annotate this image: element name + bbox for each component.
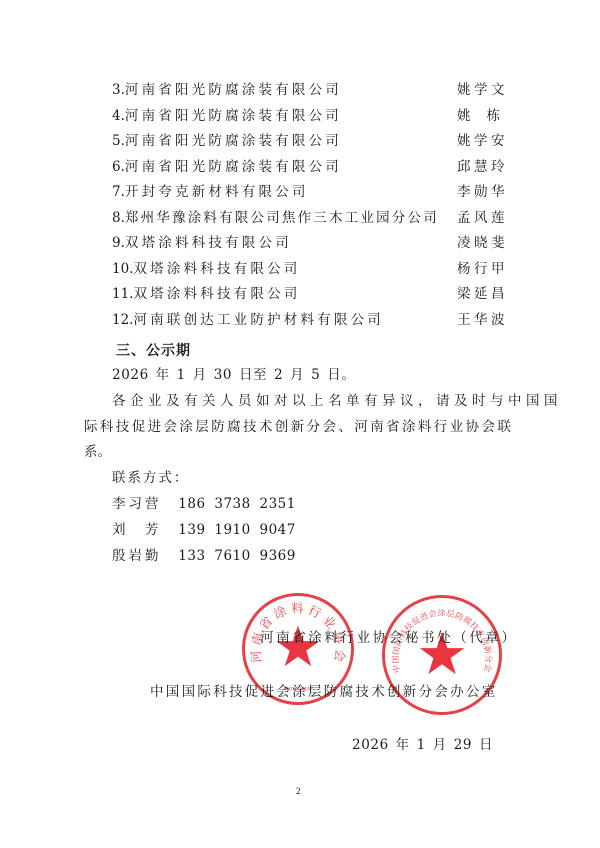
signature-org-henan: 河南省涂料行业协会秘书处（代章）: [260, 628, 518, 648]
document-page: 3.河南省阳光防腐涂装有限公司 姚学文 4.河南省阳光防腐涂装有限公司 姚栋 5…: [0, 0, 600, 848]
company-name: 河南联创达工业防护材料有限公司: [133, 312, 384, 328]
company-name: 双塔涂料科技有限公司: [133, 286, 300, 302]
list-item: 5.河南省阳光防腐涂装有限公司: [112, 131, 342, 151]
list-item: 3.河南省阳光防腐涂装有限公司: [112, 80, 342, 100]
company-name: 开封夸克新材料有限公司: [125, 184, 309, 200]
contact-row: 刘 芳 139 1910 9047: [112, 520, 296, 540]
contact-name: 李习营: [112, 494, 174, 514]
company-name: 郑州华豫涂料有限公司焦作三木工业园分公司: [125, 210, 439, 226]
company-name: 河南省阳光防腐涂装有限公司: [125, 108, 342, 124]
objection-text-line1: 各企业及有关人员如对以上名单有异议，请及时与中国国: [112, 391, 562, 411]
list-item: 8.郑州华豫涂料有限公司焦作三木工业园分公司: [112, 208, 439, 228]
objection-text-line2: 际科技促进会涂层防腐技术创新分会、河南省涂料行业协会联: [84, 417, 513, 437]
contact-phone: 133 7610 9369: [178, 548, 296, 564]
contact-phone: 186 3738 2351: [178, 496, 296, 512]
person-name: 姚学文: [457, 80, 508, 100]
company-name: 双塔涂料科技有限公司: [133, 261, 300, 277]
contact-row: 李习营 186 3738 2351: [112, 494, 296, 514]
section-heading: 三、公示期: [116, 340, 191, 362]
person-name: 杨行甲: [457, 259, 508, 279]
company-name: 河南省阳光防腐涂装有限公司: [125, 159, 342, 175]
person-name: 梁延昌: [457, 284, 508, 304]
list-item: 4.河南省阳光防腐涂装有限公司: [112, 106, 342, 126]
person-name: 邱慧玲: [457, 157, 508, 177]
page-number: 2: [296, 786, 301, 796]
contact-phone: 139 1910 9047: [178, 522, 296, 538]
company-name: 双塔涂料科技有限公司: [125, 235, 292, 251]
objection-text-line3: 系。: [84, 442, 111, 462]
signature-org-branch: 中国国际科技促进会涂层防腐技术创新分会办公室: [150, 682, 498, 702]
publicity-period: 2026 年 1 月 30 日至 2 月 5 日。: [112, 365, 355, 385]
person-name: 孟风莲: [457, 208, 508, 228]
signature-date: 2026 年 1 月 29 日: [352, 735, 493, 755]
list-item: 10.双塔涂料科技有限公司: [112, 259, 300, 279]
contact-row: 殷岩勤 133 7610 9369: [112, 546, 296, 566]
contact-name: 殷岩勤: [112, 546, 174, 566]
contact-name: 刘 芳: [112, 520, 174, 540]
list-item: 6.河南省阳光防腐涂装有限公司: [112, 157, 342, 177]
contacts-label: 联系方式：: [112, 468, 190, 488]
company-name: 河南省阳光防腐涂装有限公司: [125, 133, 342, 149]
list-item: 7.开封夸克新材料有限公司: [112, 182, 309, 202]
list-item: 9.双塔涂料科技有限公司: [112, 233, 292, 253]
person-name: 姚学安: [457, 131, 508, 151]
list-item: 12.河南联创达工业防护材料有限公司: [112, 310, 384, 330]
person-name: 姚栋: [457, 106, 500, 126]
company-name: 河南省阳光防腐涂装有限公司: [125, 82, 342, 98]
list-item: 11.双塔涂料科技有限公司: [112, 284, 300, 304]
person-name: 凌晓斐: [457, 233, 508, 253]
person-name: 王华波: [457, 310, 508, 330]
person-name: 李勋华: [457, 182, 508, 202]
